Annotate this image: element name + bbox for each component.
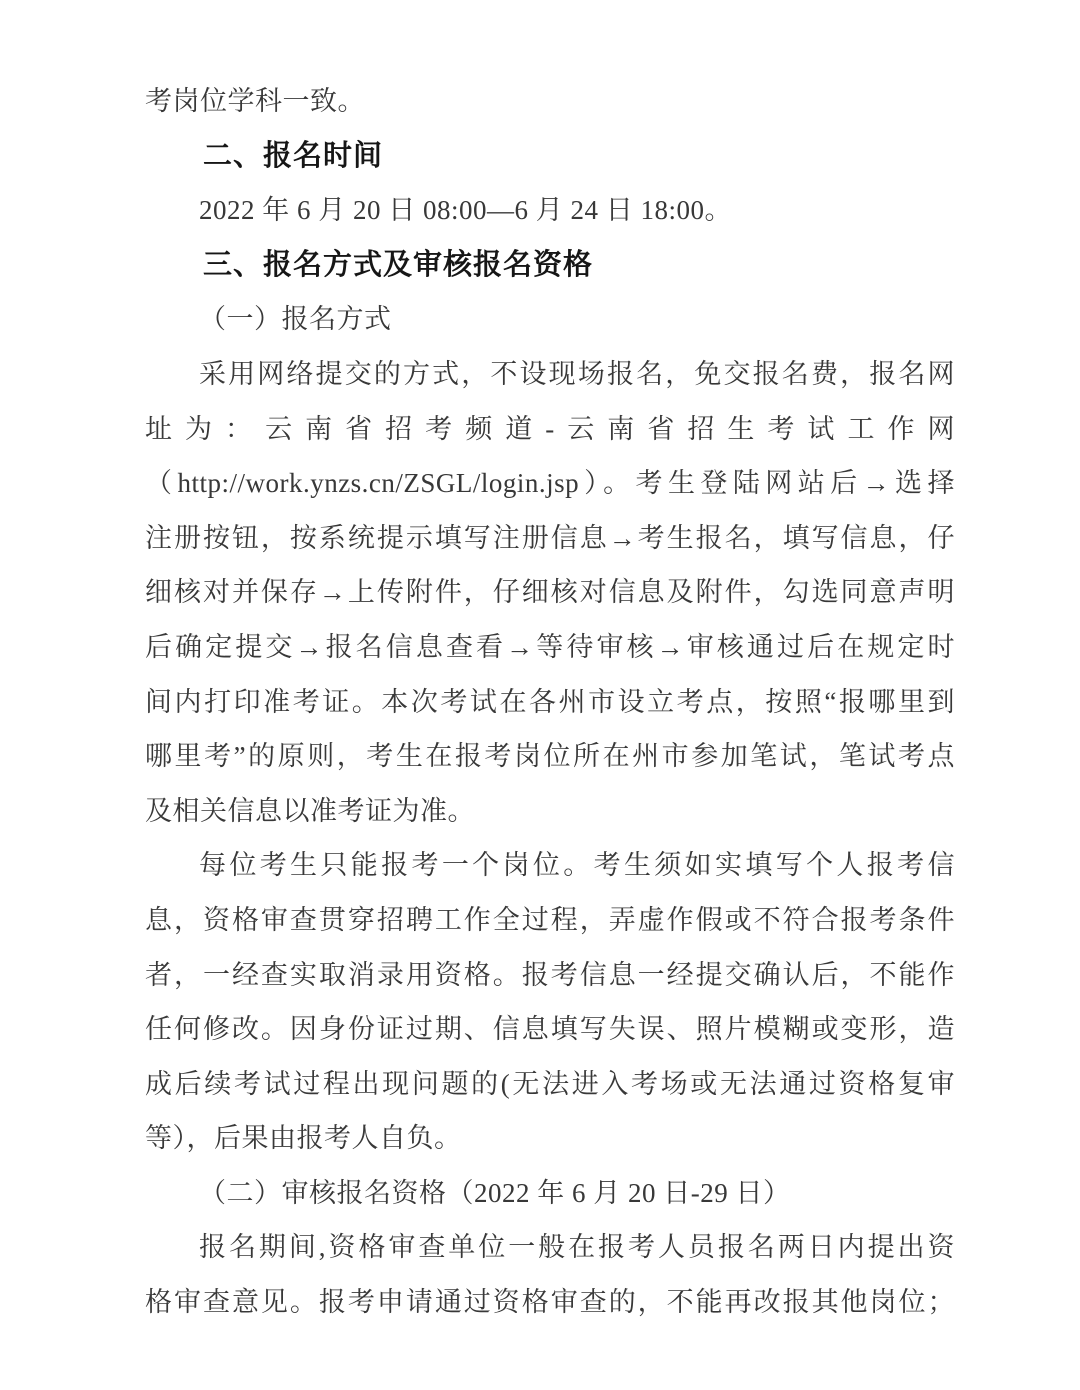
text-line: 间内打印准考证。本次考试在各州市设立考点，按照“报哪里到 [145, 675, 955, 730]
heading-line: 三、报名方式及审核报名资格 [145, 238, 955, 293]
text-line: 采用网络提交的方式，不设现场报名，免交报名费，报名网 [145, 347, 955, 402]
text-line: 哪里考”的原则，考生在报考岗位所在州市参加笔试，笔试考点 [145, 729, 955, 784]
text-line: 报名期间,资格审查单位一般在报考人员报名两日内提出资 [145, 1220, 955, 1275]
heading-line: 二、报名时间 [145, 129, 955, 184]
text-line: 注册按钮，按系统提示填写注册信息→考生报名，填写信息，仔 [145, 511, 955, 566]
text-line: （http://work.ynzs.cn/ZSGL/login.jsp）。考生登… [145, 456, 955, 511]
text-line: 任何修改。因身份证过期、信息填写失误、照片模糊或变形，造 [145, 1002, 955, 1057]
text-line: 每位考生只能报考一个岗位。考生须如实填写个人报考信 [145, 838, 955, 893]
text-line: 及相关信息以准考证为准。 [145, 784, 955, 839]
text-line: 考岗位学科一致。 [145, 74, 955, 129]
text-line: 息，资格审查贯穿招聘工作全过程，弄虚作假或不符合报考条件 [145, 893, 955, 948]
text-line: （二）审核报名资格（2022 年 6 月 20 日-29 日） [145, 1166, 955, 1221]
text-line: 成后续考试过程出现问题的(无法进入考场或无法通过资格复审 [145, 1057, 955, 1112]
text-line: （一）报名方式 [145, 292, 955, 347]
text-column: 考岗位学科一致。二、报名时间2022 年 6 月 20 日 08:00—6 月 … [145, 74, 955, 1330]
text-line: 2022 年 6 月 20 日 08:00—6 月 24 日 18:00。 [145, 183, 955, 238]
text-line: 址为：云南省招考频道-云南省招生考试工作网 [145, 402, 955, 457]
text-line: 格审查意见。报考申请通过资格审查的，不能再改报其他岗位； [145, 1275, 955, 1330]
text-line: 者，一经查实取消录用资格。报考信息一经提交确认后，不能作 [145, 948, 955, 1003]
text-line: 等），后果由报考人自负。 [145, 1111, 955, 1166]
text-line: 细核对并保存→上传附件，仔细核对信息及附件，勾选同意声明 [145, 565, 955, 620]
text-line: 后确定提交→报名信息查看→等待审核→审核通过后在规定时 [145, 620, 955, 675]
document-page: 考岗位学科一致。二、报名时间2022 年 6 月 20 日 08:00—6 月 … [0, 0, 1080, 1390]
